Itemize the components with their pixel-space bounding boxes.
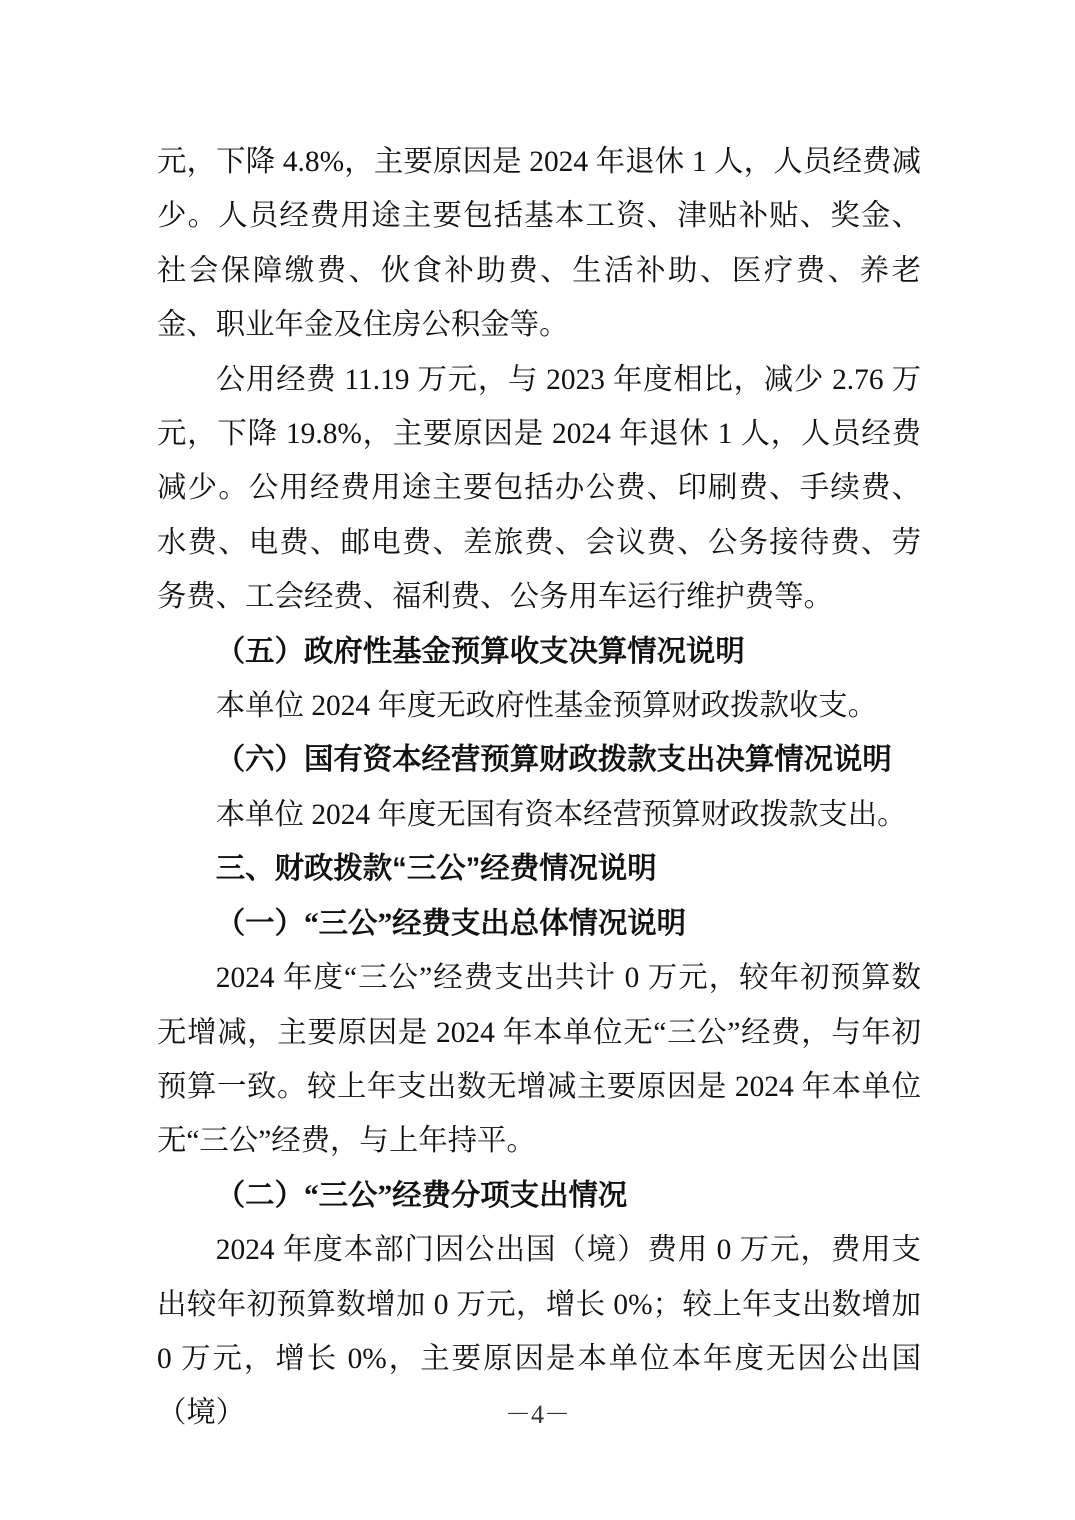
- paragraph-public-operating-expense: 公用经费 11.19 万元，与 2023 年度相比，减少 2.76 万元，下降 …: [157, 353, 921, 625]
- section-heading-5-government-fund-budget: （五）政府性基金预算收支决算情况说明: [157, 625, 921, 679]
- section-heading-1-overall-three-public-expense: （一）“三公”经费支出总体情况说明: [157, 897, 921, 951]
- section-heading-2-itemized-three-public-expense: （二）“三公”经费分项支出情况: [157, 1169, 921, 1223]
- paragraph-no-state-capital-budget: 本单位 2024 年度无国有资本经营预算财政拨款支出。: [157, 788, 921, 842]
- section-heading-6-state-capital-budget: （六）国有资本经营预算财政拨款支出决算情况说明: [157, 733, 921, 787]
- paragraph-personnel-expense-continued: 元，下降 4.8%，主要原因是 2024 年退休 1 人，人员经费减少。人员经费…: [157, 135, 921, 353]
- document-body: 元，下降 4.8%，主要原因是 2024 年退休 1 人，人员经费减少。人员经费…: [157, 135, 921, 1441]
- document-page: 元，下降 4.8%，主要原因是 2024 年退休 1 人，人员经费减少。人员经费…: [0, 0, 1075, 1520]
- paragraph-three-public-expense-overall: 2024 年度“三公”经费支出共计 0 万元，较年初预算数无增减，主要原因是 2…: [157, 951, 921, 1169]
- chapter-heading-3-three-public-expenses: 三、财政拨款“三公”经费情况说明: [157, 842, 921, 896]
- paragraph-no-government-fund-budget: 本单位 2024 年度无政府性基金预算财政拨款收支。: [157, 679, 921, 733]
- page-number: －4－: [0, 1398, 1075, 1432]
